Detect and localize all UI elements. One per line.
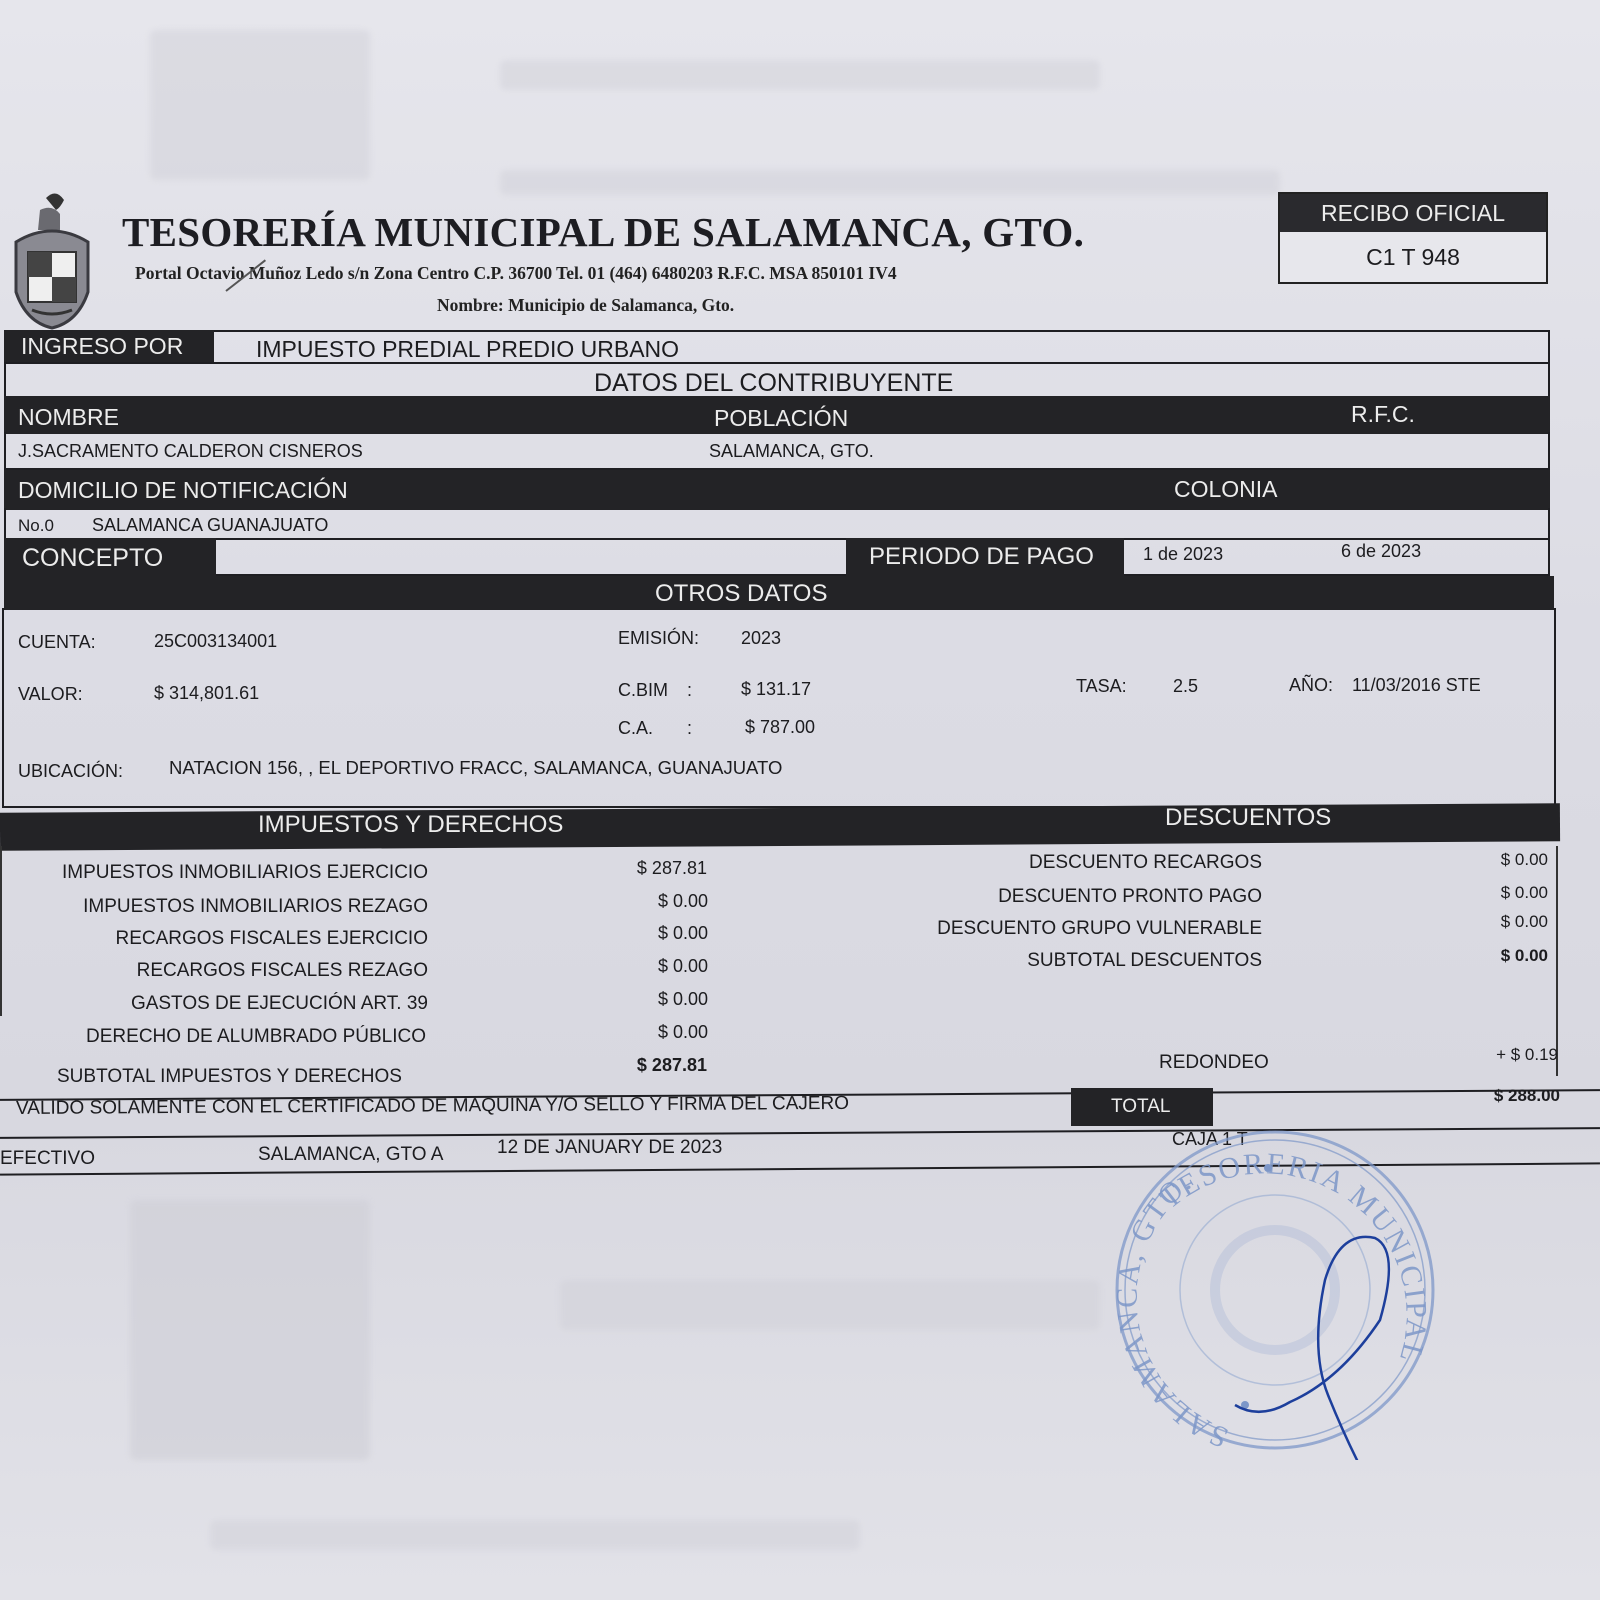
bleed-through (130, 1200, 370, 1460)
impuesto-item-label: IMPUESTOS INMOBILIARIOS REZAGO (83, 896, 428, 918)
ubicacion-label: UBICACIÓN: (18, 761, 123, 782)
treasury-title: TESORERÍA MUNICIPAL DE SALAMANCA, GTO. (122, 208, 1084, 256)
domicilio-value: SALAMANCA GUANAJUATO (92, 515, 328, 536)
cbim-label: C.BIM (618, 680, 668, 701)
tasa-value: 2.5 (1173, 676, 1198, 697)
impuesto-item-label: DERECHO DE ALUMBRADO PÚBLICO (86, 1026, 426, 1048)
receipt-box: RECIBO OFICIAL C1 T 948 (1278, 192, 1548, 284)
bleed-through (150, 30, 370, 180)
emision-label: EMISIÓN: (618, 628, 699, 649)
issue-date: 12 DE JANUARY DE 2023 (497, 1137, 722, 1159)
impuesto-item-amount: $ 0.00 (658, 989, 708, 1010)
issue-place: SALAMANCA, GTO A (258, 1144, 443, 1166)
impuesto-item-label: RECARGOS FISCALES EJERCICIO (115, 928, 428, 950)
cuenta-label: CUENTA: (18, 632, 96, 653)
impuestos-title: IMPUESTOS Y DERECHOS (258, 811, 563, 839)
total-amount: $ 288.00 (1494, 1086, 1560, 1106)
bleed-through (560, 1280, 1100, 1330)
ingreso-row (4, 330, 1550, 364)
descuentos-subtotal-label: SUBTOTAL DESCUENTOS (1027, 950, 1262, 972)
emision-value: 2023 (741, 628, 781, 649)
periodo-desde: 1 de 2023 (1143, 544, 1223, 565)
domicilio-number: No.0 (18, 516, 54, 536)
cbim-value: $ 131.17 (741, 679, 811, 700)
poblacion-value: SALAMANCA, GTO. (709, 441, 874, 462)
concepto-label: CONCEPTO (22, 544, 163, 573)
concepto-label-cell: CONCEPTO (4, 538, 216, 576)
ingreso-label: INGRESO POR (21, 333, 183, 360)
receipt-number: C1 T 948 (1366, 244, 1460, 271)
bleed-through (500, 60, 1100, 90)
bleed-through (500, 170, 1280, 195)
domicilio-label: DOMICILIO DE NOTIFICACIÓN (18, 477, 348, 504)
otros-datos-title: OTROS DATOS (655, 580, 827, 608)
validity-note: VALIDO SOLAMENTE CON EL CERTIFICADO DE M… (16, 1093, 849, 1120)
cuenta-value: 25C003134001 (154, 631, 277, 652)
contribuyente-title: DATOS DEL CONTRIBUYENTE (594, 369, 953, 398)
svg-text:TESORERIA MUNICIPAL: TESORERIA MUNICIPAL (1154, 1147, 1433, 1367)
colonia-label: COLONIA (1174, 476, 1278, 503)
redondeo-label: REDONDEO (1159, 1052, 1269, 1074)
impuesto-item-amount: $ 287.81 (637, 858, 707, 879)
valor-label: VALOR: (18, 684, 83, 705)
poblacion-label: POBLACIÓN (714, 405, 848, 432)
municipal-coat-of-arms-icon (6, 190, 98, 330)
descuento-item-amount: $ 0.00 (1501, 850, 1548, 870)
total-label-cell: TOTAL (1071, 1088, 1213, 1126)
ca-value: $ 787.00 (745, 717, 815, 738)
descuento-item-label: DESCUENTO GRUPO VULNERABLE (937, 918, 1262, 940)
bleed-through (210, 1520, 860, 1550)
cbim-separator: : (687, 680, 692, 701)
receipt-label: RECIBO OFICIAL (1321, 200, 1505, 227)
tasa-label: TASA: (1076, 676, 1127, 697)
nombre-value: J.SACRAMENTO CALDERON CISNEROS (18, 441, 363, 462)
impuesto-item-amount: $ 0.00 (658, 1022, 708, 1043)
ingreso-value: IMPUESTO PREDIAL PREDIO URBANO (256, 336, 679, 363)
right-border (1556, 846, 1558, 1076)
impuesto-item-amount: $ 0.00 (658, 891, 708, 912)
ca-label: C.A. (618, 718, 653, 739)
anio-label: AÑO: (1289, 675, 1333, 696)
total-label: TOTAL (1111, 1096, 1170, 1118)
anio-value: 11/03/2016 STE (1352, 675, 1481, 696)
ingreso-label-cell: INGRESO POR (4, 330, 214, 364)
impuestos-subtotal-label: SUBTOTAL IMPUESTOS Y DERECHOS (57, 1066, 402, 1088)
impuesto-item-label: RECARGOS FISCALES REZAGO (137, 960, 428, 982)
descuento-item-amount: $ 0.00 (1501, 883, 1548, 903)
nombre-label: NOMBRE (18, 404, 119, 431)
descuentos-subtotal-amount: $ 0.00 (1501, 946, 1548, 966)
ca-separator: : (687, 718, 692, 739)
descuentos-title: DESCUENTOS (1165, 804, 1331, 832)
payment-method: EFECTIVO (0, 1148, 95, 1170)
rfc-label: R.F.C. (1351, 401, 1415, 428)
impuestos-subtotal-amount: $ 287.81 (637, 1055, 707, 1076)
redondeo-amount: + $ 0.19 (1496, 1045, 1558, 1065)
stamp-outer-text: TESORERIA MUNICIPAL (1154, 1147, 1433, 1367)
periodo-label-cell: PERIODO DE PAGO (846, 538, 1124, 576)
descuento-item-label: DESCUENTO RECARGOS (1029, 852, 1262, 874)
impuesto-item-label: IMPUESTOS INMOBILIARIOS EJERCICIO (62, 862, 428, 884)
descuento-item-label: DESCUENTO PRONTO PAGO (998, 886, 1262, 908)
left-border (0, 846, 2, 1016)
valor-value: $ 314,801.61 (154, 683, 259, 704)
concepto-row (4, 538, 1550, 576)
descuento-item-amount: $ 0.00 (1501, 912, 1548, 932)
periodo-hasta: 6 de 2023 (1341, 541, 1421, 562)
official-stamp: TESORERIA MUNICIPAL SALAMANCA, GTO. (1110, 1130, 1440, 1460)
periodo-label: PERIODO DE PAGO (869, 543, 1094, 571)
impuesto-item-amount: $ 0.00 (658, 923, 708, 944)
impuesto-item-amount: $ 0.00 (658, 956, 708, 977)
ubicacion-value: NATACION 156, , EL DEPORTIVO FRACC, SALA… (169, 757, 782, 779)
impuesto-item-label: GASTOS DE EJECUCIÓN ART. 39 (131, 993, 428, 1015)
municipality-name: Nombre: Municipio de Salamanca, Gto. (437, 295, 734, 316)
